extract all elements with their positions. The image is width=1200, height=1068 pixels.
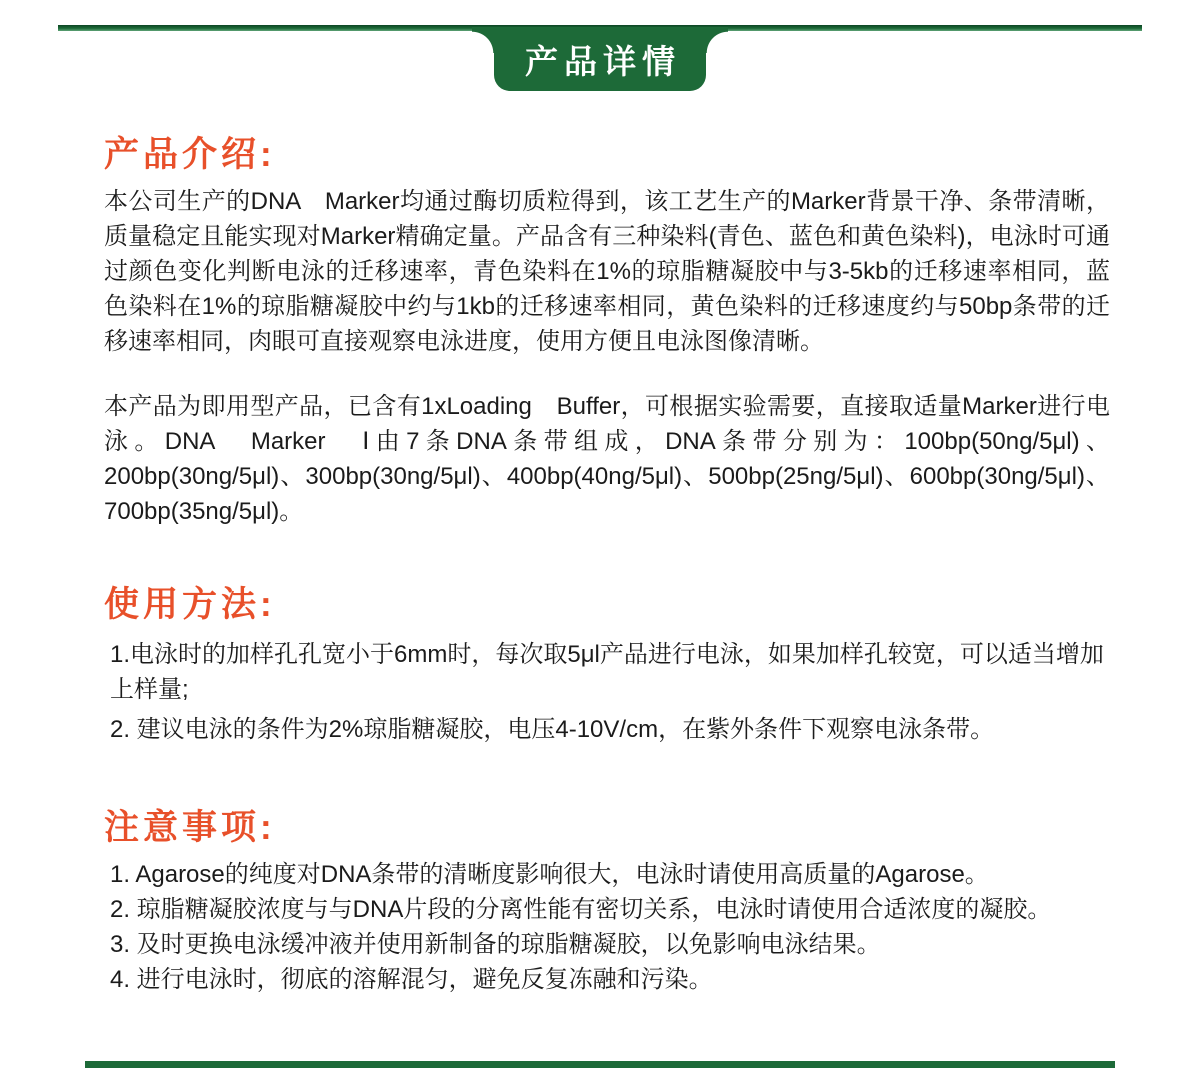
- notes-list-item: 3. 及时更换电泳缓冲液并使用新制备的琼脂糖凝胶，以免影响电泳结果。: [110, 927, 1110, 962]
- bottom-divider-line: [85, 1061, 1115, 1068]
- banner-title: 产品详情: [519, 36, 681, 83]
- section-heading-notes: 注意事项:: [104, 800, 276, 850]
- intro-paragraph-1: 本公司生产的DNA Marker均通过酶切质粒得到，该工艺生产的Marker背景…: [104, 184, 1110, 359]
- usage-list-item: 2. 建议电泳的条件为2%琼脂糖凝胶，电压4-10V/cm，在紫外条件下观察电泳…: [110, 712, 1110, 747]
- notes-list: 1. Agarose的纯度对DNA条带的清晰度影响很大，电泳时请使用高质量的Ag…: [110, 857, 1110, 997]
- section-heading-usage: 使用方法:: [104, 577, 276, 627]
- product-detail-page: 产品详情 产品介绍: 本公司生产的DNA Marker均通过酶切质粒得到，该工艺…: [0, 0, 1200, 1068]
- section-heading-intro: 产品介绍:: [104, 127, 276, 177]
- usage-list-item: 1.电泳时的加样孔孔宽小于6mm时，每次取5μl产品进行电泳，如果加样孔较宽，可…: [110, 637, 1110, 707]
- usage-list: 1.电泳时的加样孔孔宽小于6mm时，每次取5μl产品进行电泳，如果加样孔较宽，可…: [110, 637, 1110, 752]
- notes-list-item: 2. 琼脂糖凝胶浓度与与DNA片段的分离性能有密切关系，电泳时请使用合适浓度的凝…: [110, 892, 1110, 927]
- banner-tab: 产品详情: [494, 27, 706, 91]
- intro-paragraph-2: 本产品为即用型产品，已含有1xLoading Buffer，可根据实验需要，直接…: [104, 389, 1110, 529]
- notes-list-item: 4. 进行电泳时，彻底的溶解混匀，避免反复冻融和污染。: [110, 962, 1110, 997]
- notes-list-item: 1. Agarose的纯度对DNA条带的清晰度影响很大，电泳时请使用高质量的Ag…: [110, 857, 1110, 892]
